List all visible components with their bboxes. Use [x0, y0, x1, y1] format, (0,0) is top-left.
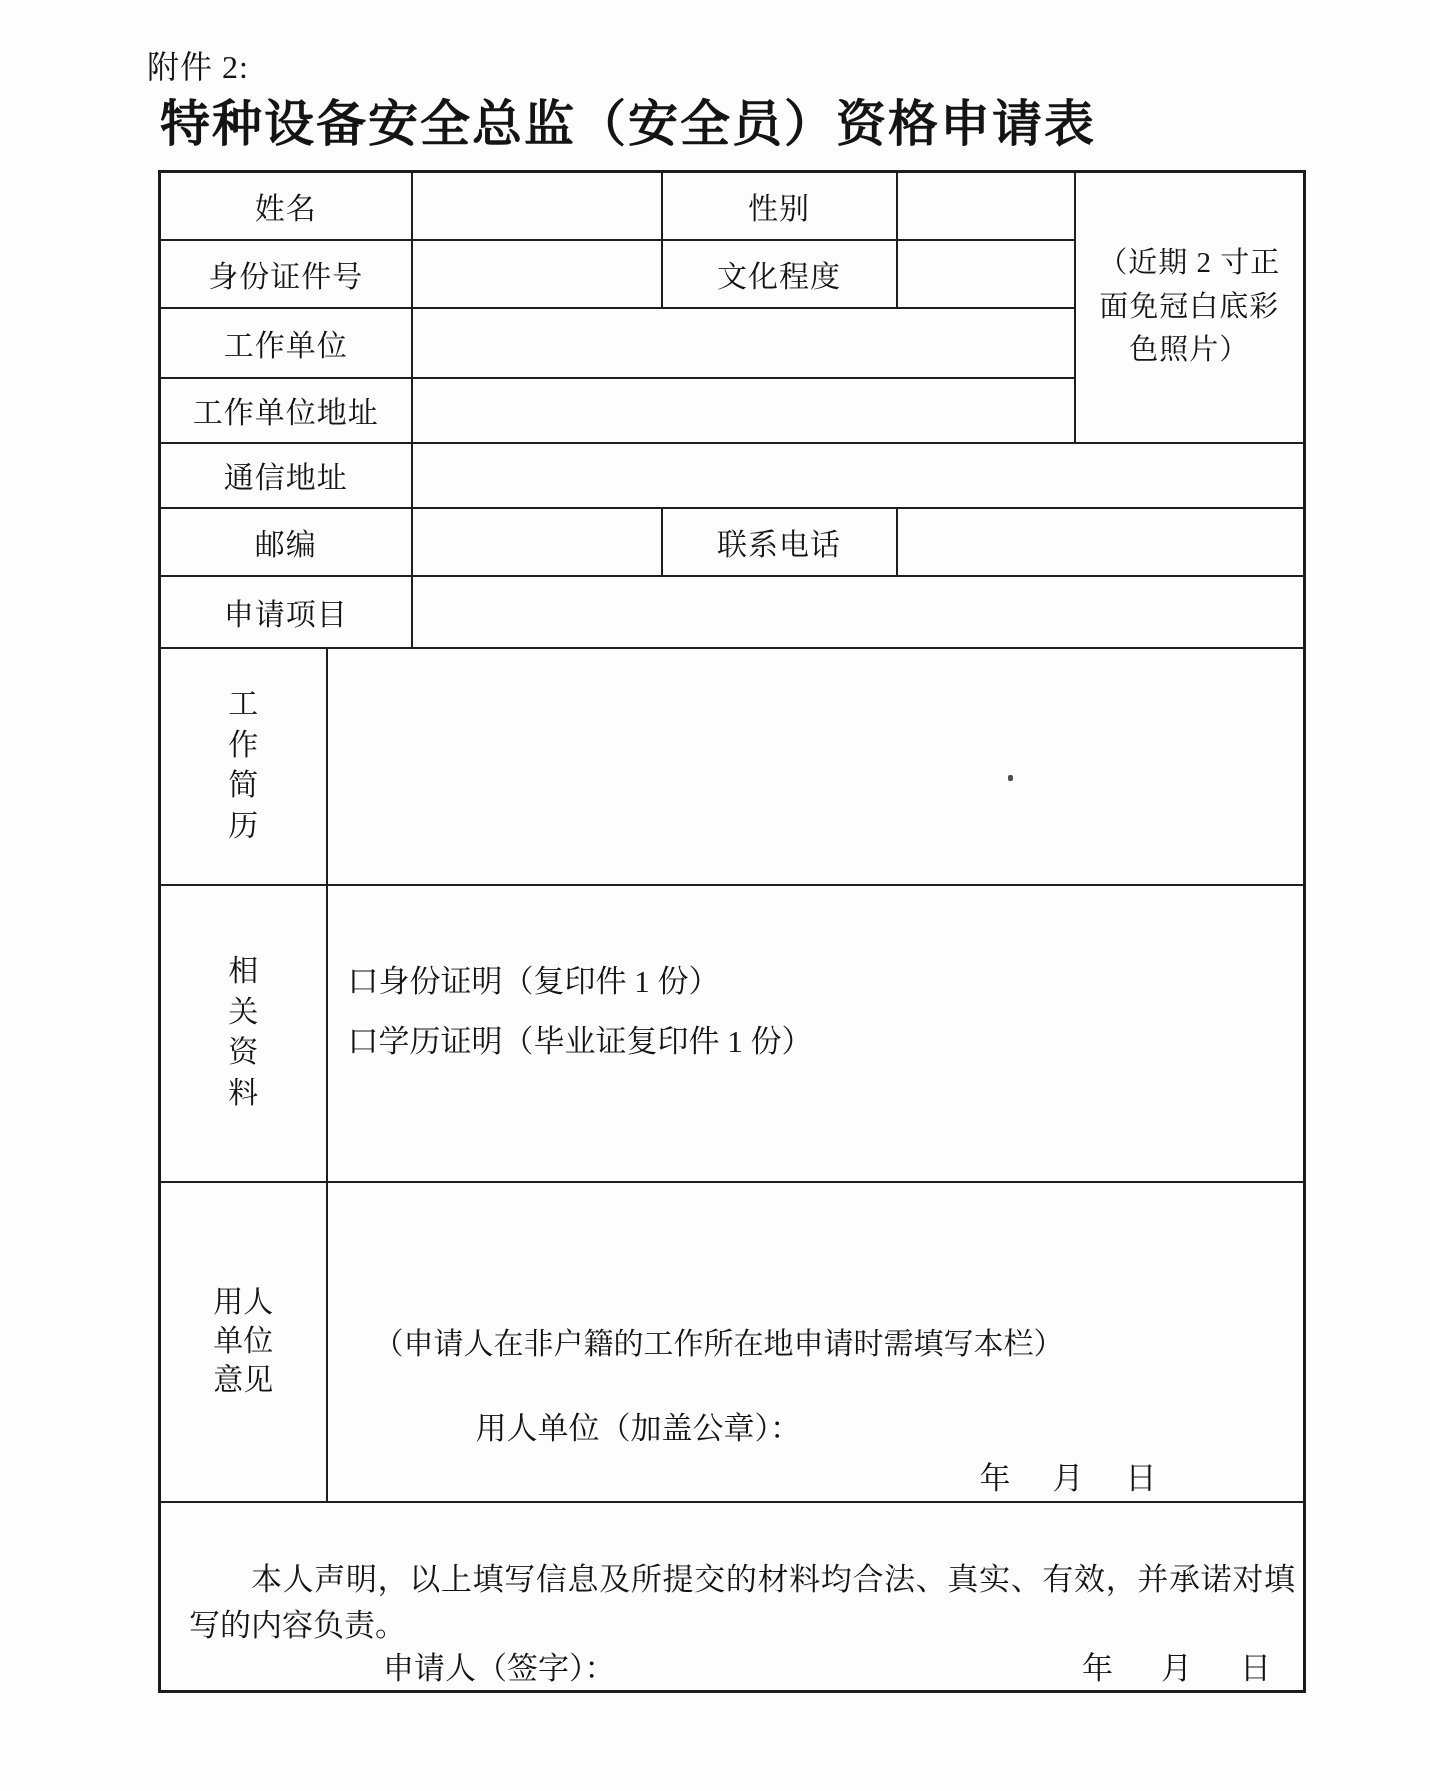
work-unit-address-label: 工作单位地址 [160, 378, 412, 443]
mailing-address-label: 通信地址 [160, 443, 412, 508]
declaration-cell: 本人声明，以上填写信息及所提交的材料均合法、真实、有效，并承诺对填写的内容负责。… [160, 1502, 1305, 1692]
materials-list: 口身份证明（复印件 1 份） 口学历证明（毕业证复印件 1 份） [328, 952, 1304, 1115]
resume-content-cell [327, 648, 1305, 885]
photo-box: （近期 2 寸正 面免冠白底彩 色照片） [1075, 172, 1305, 443]
signature-date-day: 日 [1240, 1651, 1271, 1686]
name-label: 姓名 [160, 172, 412, 240]
scan-artifact-dot [1008, 775, 1013, 781]
phone-label: 联系电话 [662, 508, 897, 576]
photo-note-line3: 色照片） [1076, 329, 1304, 373]
resume-label: 工作简历 [160, 648, 327, 885]
work-unit-value-cell [412, 308, 1075, 378]
resume-label-text: 工作简历 [222, 685, 264, 847]
photo-note-line1: （近期 2 寸正 [1076, 242, 1304, 286]
materials-item-education: 口学历证明（毕业证复印件 1 份） [348, 1012, 1304, 1072]
signature-label: 申请人（签字）： [383, 1643, 616, 1688]
id-number-value-cell [412, 240, 662, 308]
row-related-materials: 相关资料 口身份证明（复印件 1 份） 口学历证明（毕业证复印件 1 份） [160, 885, 1305, 1182]
work-unit-label: 工作单位 [160, 308, 412, 378]
education-value-cell [897, 240, 1075, 308]
opinion-date-line: 年月日 [980, 1453, 1157, 1498]
materials-item-identity: 口身份证明（复印件 1 份） [348, 952, 1304, 1012]
opinion-date-year: 年 [980, 1461, 1011, 1496]
application-item-label: 申请项目 [160, 576, 412, 648]
row-postal-phone: 邮编 联系电话 [160, 508, 1305, 576]
photo-note: （近期 2 寸正 面免冠白底彩 色照片） [1076, 242, 1304, 373]
signature-date-line: 年月日 [1082, 1643, 1271, 1688]
signature-date-month: 月 [1161, 1651, 1192, 1686]
attachment-label: 附件 2: [147, 42, 249, 88]
declaration-text: 本人声明，以上填写信息及所提交的材料均合法、真实、有效，并承诺对填写的内容负责。 [161, 1543, 1303, 1650]
application-form-table: 姓名 性别 （近期 2 寸正 面免冠白底彩 色照片） 身份证件号 文化程度 工作… [158, 170, 1306, 1693]
materials-label-text: 相关资料 [222, 952, 264, 1114]
education-label: 文化程度 [662, 240, 897, 308]
row-employer-opinion: 用人单位意见 （申请人在非户籍的工作所在地申请时需填写本栏） 用人单位（加盖公章… [160, 1182, 1305, 1502]
materials-content-cell: 口身份证明（复印件 1 份） 口学历证明（毕业证复印件 1 份） [327, 885, 1305, 1182]
row-mailing-address: 通信地址 [160, 443, 1305, 508]
opinion-content-cell: （申请人在非户籍的工作所在地申请时需填写本栏） 用人单位（加盖公章）： 年月日 [327, 1182, 1305, 1502]
opinion-seal-line: 用人单位（加盖公章）： [476, 1403, 802, 1448]
postal-code-label: 邮编 [160, 508, 412, 576]
work-unit-address-value-cell [412, 378, 1075, 443]
signature-date-year: 年 [1082, 1651, 1113, 1686]
opinion-label: 用人单位意见 [160, 1182, 327, 1502]
mailing-address-value-cell [412, 443, 1305, 508]
application-item-value-cell [412, 576, 1305, 648]
row-declaration: 本人声明，以上填写信息及所提交的材料均合法、真实、有效，并承诺对填写的内容负责。… [160, 1502, 1305, 1692]
phone-value-cell [897, 508, 1305, 576]
opinion-note: （申请人在非户籍的工作所在地申请时需填写本栏） [374, 1319, 1064, 1363]
opinion-date-month: 月 [1053, 1461, 1084, 1496]
photo-note-line2: 面免冠白底彩 [1076, 286, 1304, 330]
materials-label: 相关资料 [160, 885, 327, 1182]
postal-code-value-cell [412, 508, 662, 576]
name-value-cell [412, 172, 662, 240]
row-work-resume: 工作简历 [160, 648, 1305, 885]
row-application-item: 申请项目 [160, 576, 1305, 648]
opinion-date-day: 日 [1126, 1461, 1157, 1496]
id-number-label: 身份证件号 [160, 240, 412, 308]
scanned-form-page: 附件 2: 特种设备安全总监（安全员）资格申请表 姓名 性别 （近期 2 寸正 … [0, 0, 1430, 1791]
gender-value-cell [897, 172, 1075, 240]
page-title: 特种设备安全总监（安全员）资格申请表 [160, 84, 1096, 156]
gender-label: 性别 [662, 172, 897, 240]
opinion-label-text: 用人单位意见 [206, 1283, 281, 1400]
row-name-gender: 姓名 性别 （近期 2 寸正 面免冠白底彩 色照片） [160, 172, 1305, 240]
